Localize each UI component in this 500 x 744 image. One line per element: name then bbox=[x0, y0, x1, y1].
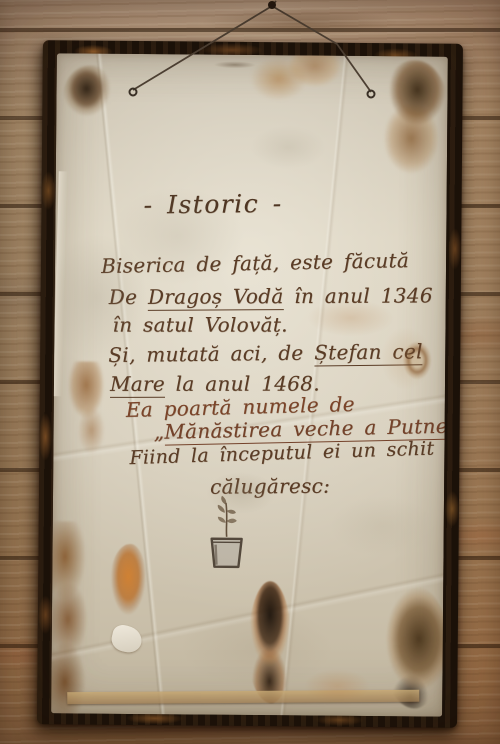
text-segment: în anul 1346 bbox=[284, 283, 433, 308]
burn-mark-bottom bbox=[247, 581, 292, 703]
stain-top-right bbox=[378, 60, 448, 183]
handwritten-line-5: Mare la anul 1468. bbox=[110, 373, 320, 395]
stain-top-center bbox=[244, 53, 345, 114]
handwritten-line-3: în satul Volovăț. bbox=[113, 314, 288, 336]
nail bbox=[268, 1, 276, 9]
text-segment: la anul 1468. bbox=[165, 372, 320, 396]
paper-tear-orange bbox=[110, 544, 147, 634]
text-segment-underlined: Ștefan cel bbox=[314, 339, 423, 366]
potted-plant-sketch bbox=[200, 493, 253, 571]
text-segment-underlined: Mare bbox=[110, 372, 165, 398]
text-segment: în satul Volovăț. bbox=[113, 313, 288, 337]
text-segment: Și, mutată aci, de bbox=[108, 341, 314, 368]
text-segment: Biserica de față, este făcută bbox=[101, 248, 409, 278]
torn-paper-flap bbox=[109, 623, 144, 655]
stain-top-left bbox=[62, 65, 111, 123]
aged-paper: - Istoric - Biserica de față, este făcut… bbox=[51, 53, 448, 716]
text-segment: De bbox=[109, 285, 148, 309]
text-segment-underlined: Dragoș Vodă bbox=[148, 284, 284, 311]
handwritten-line-1: Biserica de față, este făcută bbox=[101, 249, 409, 277]
plaque-title: - Istoric - bbox=[143, 190, 282, 219]
handwritten-line-4: Și, mutată aci, de Ștefan cel bbox=[108, 340, 423, 366]
stain-left-bottom bbox=[51, 521, 91, 716]
framed-plaque: - Istoric - Biserica de față, este făcut… bbox=[37, 40, 463, 728]
curled-paper-edge bbox=[53, 171, 68, 396]
stain-bottom-right bbox=[381, 584, 448, 709]
photo-of-plaque-on-wooden-wall: - Istoric - Biserica de față, este făcut… bbox=[0, 0, 500, 744]
handwritten-line-2: De Dragoș Vodă în anul 1346 bbox=[109, 284, 433, 308]
backing-strip bbox=[67, 690, 419, 704]
text-segment: „ bbox=[153, 420, 164, 444]
stain-left-middle bbox=[65, 361, 112, 459]
